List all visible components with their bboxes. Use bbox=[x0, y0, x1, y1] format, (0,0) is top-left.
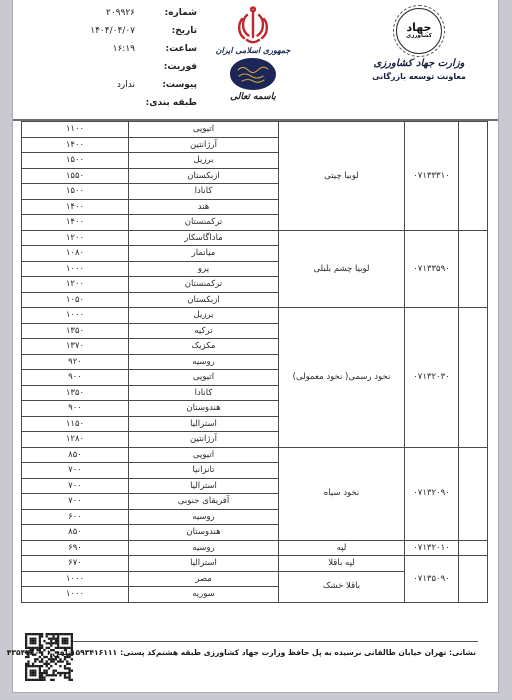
price-cell: ۸۵۰ bbox=[22, 447, 129, 463]
price-cell: ۷۰۰ bbox=[22, 478, 129, 494]
price-cell: ۱۴۰۰ bbox=[22, 215, 129, 231]
document-page: شماره: ۲۰۹۹۲۶ تاریخ: ۱۴۰۴/۰۴/۰۷ ساعت: ۱۶… bbox=[13, 0, 498, 692]
country-cell: مکزیک bbox=[129, 339, 279, 355]
footer-contact-line: نشانی: تهران خیابان طالقانی نرسیده به پل… bbox=[75, 648, 476, 657]
country-cell: روسیه bbox=[129, 354, 279, 370]
country-cell: استرالیا bbox=[129, 416, 279, 432]
price-cell: ۱۳۵۰ bbox=[22, 323, 129, 339]
price-cell: ۹۰۰ bbox=[22, 401, 129, 417]
field-number-label: شماره: bbox=[141, 8, 197, 18]
commodity-price-table: ۰۷۱۳۳۳۱۰لوبیا چیتیاتیوپی۱۱۰۰آرژانتین۱۴۰۰… bbox=[21, 121, 488, 603]
table-row: ۰۷۱۳۳۵۹۰لوبیا چشم بلبلیماداگاسکار۱۲۰۰ bbox=[22, 230, 488, 246]
national-emblem-block: جمهوری اسلامی ایران باسمه تعالی bbox=[205, 4, 301, 102]
field-urgency: فوریت: bbox=[29, 62, 197, 80]
price-cell: ۱۵۵۰ bbox=[22, 168, 129, 184]
country-cell: میانمار bbox=[129, 246, 279, 262]
letterhead-fields: شماره: ۲۰۹۹۲۶ تاریخ: ۱۴۰۴/۰۴/۰۷ ساعت: ۱۶… bbox=[29, 8, 197, 116]
price-cell: ۱۰۰۰ bbox=[22, 571, 129, 587]
country-cell: ازبکستان bbox=[129, 292, 279, 308]
price-cell: ۸۵۰ bbox=[22, 525, 129, 541]
postal-value: ۱۵۹۳۴۱۶۱۱۱ bbox=[71, 648, 117, 657]
table-row: ۰۷۱۳۲۰۳۰نخود رسمی( نخود معمولی)برزیل۱۰۰۰ bbox=[22, 308, 488, 324]
country-cell: برزیل bbox=[129, 308, 279, 324]
country-cell: روسیه bbox=[129, 509, 279, 525]
table-row: ۰۷۱۳۳۳۱۰لوبیا چیتیاتیوپی۱۱۰۰ bbox=[22, 122, 488, 138]
hs-code-cell: ۰۷۱۳۳۳۱۰ bbox=[405, 122, 459, 231]
field-time-value: ۱۶:۱۹ bbox=[113, 44, 135, 54]
postal-label: کد پستی: bbox=[120, 648, 156, 657]
price-cell: ۹۰۰ bbox=[22, 370, 129, 386]
postal-code: کد پستی: ۱۵۹۳۴۱۶۱۱۱ bbox=[71, 648, 156, 657]
field-date-label: تاریخ: bbox=[141, 26, 197, 36]
price-cell: ۱۰۰۰ bbox=[22, 587, 129, 603]
field-time: ساعت: ۱۶:۱۹ bbox=[29, 44, 197, 62]
price-cell: ۱۰۰۰ bbox=[22, 261, 129, 277]
price-cell: ۶۹۰ bbox=[22, 540, 129, 556]
price-cell: ۱۰۵۰ bbox=[22, 292, 129, 308]
price-cell: ۱۴۰۰ bbox=[22, 199, 129, 215]
price-cell: ۱۱۵۰ bbox=[22, 416, 129, 432]
country-cell: مصر bbox=[129, 571, 279, 587]
empty-cell bbox=[459, 556, 488, 603]
jahad-keshavarzi-logo-icon: جهاد کشاورزی bbox=[396, 8, 442, 54]
basmala-script: باسمه تعالی bbox=[205, 92, 301, 102]
field-attachment-value: ندارد bbox=[117, 80, 135, 90]
field-attachment: پیوست: ندارد bbox=[29, 80, 197, 98]
country-cell: اتیوپی bbox=[129, 122, 279, 138]
price-cell: ۶۰۰ bbox=[22, 509, 129, 525]
footer-divider bbox=[73, 641, 478, 642]
phone-label: تلفن : bbox=[47, 648, 71, 657]
table-row: ۰۷۱۳۲۰۹۰نخود سیاهاتیوپی۸۵۰ bbox=[22, 447, 488, 463]
empty-cell bbox=[459, 447, 488, 540]
country-cell: روسیه bbox=[129, 540, 279, 556]
logo-word-jahad: جهاد bbox=[407, 22, 432, 33]
price-cell: ۱۰۸۰ bbox=[22, 246, 129, 262]
country-cell: استرالیا bbox=[129, 478, 279, 494]
table-row: ۰۷۱۳۵۰۹۰لپه باقلااسترالیا۶۷۰ bbox=[22, 556, 488, 572]
country-cell: ترکیه bbox=[129, 323, 279, 339]
country-cell: پرو bbox=[129, 261, 279, 277]
country-cell: اتیوپی bbox=[129, 447, 279, 463]
field-date-value: ۱۴۰۴/۰۴/۰۷ bbox=[90, 26, 135, 36]
price-cell: ۷۰۰ bbox=[22, 494, 129, 510]
price-cell: ۱۵۰۰ bbox=[22, 184, 129, 200]
country-cell: هندوستان bbox=[129, 525, 279, 541]
hs-code-cell: ۰۷۱۳۲۰۳۰ bbox=[405, 308, 459, 448]
hs-code-cell: ۰۷۱۳۳۵۹۰ bbox=[405, 230, 459, 308]
field-number: شماره: ۲۰۹۹۲۶ bbox=[29, 8, 197, 26]
commodity-cell: لپه bbox=[279, 540, 405, 556]
country-cell: هند bbox=[129, 199, 279, 215]
country-cell: اتیوپی bbox=[129, 370, 279, 386]
address-text: نشانی: تهران خیابان طالقانی نرسیده به پل… bbox=[156, 648, 476, 657]
price-cell: ۷۰۰ bbox=[22, 463, 129, 479]
qr-code bbox=[25, 633, 73, 681]
country-cell: سوریه bbox=[129, 587, 279, 603]
commodity-cell: باقلا خشک bbox=[279, 571, 405, 602]
empty-cell bbox=[459, 540, 488, 556]
commodity-cell: لپه باقلا bbox=[279, 556, 405, 572]
field-attachment-label: پیوست: bbox=[141, 80, 197, 90]
logo-word-keshavarzi: کشاورزی bbox=[406, 34, 432, 40]
empty-cell bbox=[459, 308, 488, 448]
price-cell: ۶۷۰ bbox=[22, 556, 129, 572]
country-cell: آرژانتین bbox=[129, 432, 279, 448]
price-cell: ۹۲۰ bbox=[22, 354, 129, 370]
hs-code-cell: ۰۷۱۳۵۰۹۰ bbox=[405, 556, 459, 603]
republic-caption: جمهوری اسلامی ایران bbox=[205, 45, 301, 55]
price-cell: ۱۳۵۰ bbox=[22, 385, 129, 401]
country-cell: تانزانیا bbox=[129, 463, 279, 479]
commodity-cell: لوبیا چیتی bbox=[279, 122, 405, 231]
year-slogan-stamp-icon bbox=[230, 58, 276, 90]
country-cell: برزیل bbox=[129, 153, 279, 169]
field-urgency-label: فوریت: bbox=[141, 62, 197, 72]
field-number-value: ۲۰۹۹۲۶ bbox=[106, 8, 135, 18]
price-cell: ۱۲۸۰ bbox=[22, 432, 129, 448]
empty-cell bbox=[459, 122, 488, 231]
country-cell: آفریقای جنوبی bbox=[129, 494, 279, 510]
country-cell: کانادا bbox=[129, 385, 279, 401]
price-cell: ۱۲۰۰ bbox=[22, 277, 129, 293]
table-row: ۰۷۱۳۲۰۱۰لپهروسیه۶۹۰ bbox=[22, 540, 488, 556]
country-cell: هندوستان bbox=[129, 401, 279, 417]
field-classification-label: طبقه بندی: bbox=[141, 98, 197, 108]
price-cell: ۱۵۰۰ bbox=[22, 153, 129, 169]
country-cell: کانادا bbox=[129, 184, 279, 200]
phone-value: ۴۳۵۴۴۸۰۰ bbox=[7, 648, 44, 657]
commodity-cell: نخود سیاه bbox=[279, 447, 405, 540]
ministry-logo-block: جهاد کشاورزی وزارت جهاد کشاورزی معاونت ت… bbox=[361, 6, 477, 81]
country-cell: ترکمنستان bbox=[129, 277, 279, 293]
hs-code-cell: ۰۷۱۳۲۰۱۰ bbox=[405, 540, 459, 556]
hs-code-cell: ۰۷۱۳۲۰۹۰ bbox=[405, 447, 459, 540]
iran-coat-of-arms-icon bbox=[234, 4, 272, 44]
country-cell: ازبکستان bbox=[129, 168, 279, 184]
deputy-title: معاونت توسعه بازرگانی bbox=[361, 72, 477, 81]
commodity-cell: لوبیا چشم بلبلی bbox=[279, 230, 405, 308]
commodity-cell: نخود رسمی( نخود معمولی) bbox=[279, 308, 405, 448]
country-cell: آرژانتین bbox=[129, 137, 279, 153]
price-cell: ۱۰۰۰ bbox=[22, 308, 129, 324]
price-cell: ۱۴۰۰ bbox=[22, 137, 129, 153]
price-cell: ۱۱۰۰ bbox=[22, 122, 129, 138]
field-date: تاریخ: ۱۴۰۴/۰۴/۰۷ bbox=[29, 26, 197, 44]
price-cell: ۱۳۷۰ bbox=[22, 339, 129, 355]
country-cell: ماداگاسکار bbox=[129, 230, 279, 246]
ministry-title: وزارت جهاد کشاورزی bbox=[361, 58, 477, 69]
field-time-label: ساعت: bbox=[141, 44, 197, 54]
field-classification: طبقه بندی: bbox=[29, 98, 197, 116]
country-cell: استرالیا bbox=[129, 556, 279, 572]
empty-cell bbox=[459, 230, 488, 308]
country-cell: ترکمنستان bbox=[129, 215, 279, 231]
price-cell: ۱۲۰۰ bbox=[22, 230, 129, 246]
phone: تلفن : ۴۳۵۴۴۸۰۰ bbox=[7, 648, 71, 657]
